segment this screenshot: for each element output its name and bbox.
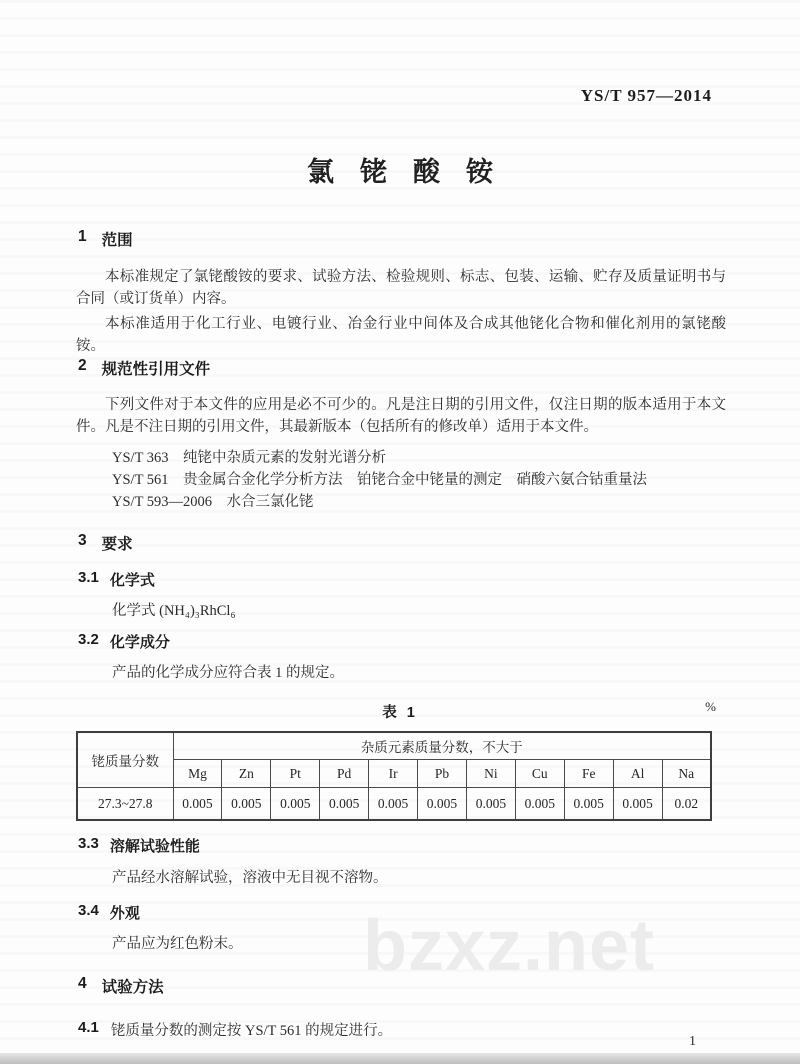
section-1-number: 1 <box>78 228 87 250</box>
table-impurity-group-header: 杂质元素质量分数，不大于 <box>173 732 711 760</box>
clause-4-1-text: 铑质量分数的测定按 YS/T 561 的规定进行。 <box>111 1019 392 1040</box>
table-element-header: Pd <box>320 760 369 788</box>
table-element-header: Na <box>662 760 711 788</box>
section-3-title: 要求 <box>102 532 133 554</box>
section-4-number: 4 <box>78 975 87 997</box>
table-limit-cell: 0.005 <box>222 788 271 821</box>
section-1-heading: 1 范围 <box>78 228 133 250</box>
table-limit-cell: 0.005 <box>613 788 662 821</box>
section-4-heading: 4 试验方法 <box>78 975 164 997</box>
section-4-title: 试验方法 <box>102 975 164 997</box>
section-3-1-title: 化学式 <box>110 569 155 590</box>
table-element-header: Fe <box>564 760 613 788</box>
table-element-header: Pb <box>418 760 467 788</box>
table-rh-range-cell: 27.3~27.8 <box>77 788 173 821</box>
table-limit-cell: 0.005 <box>173 788 222 821</box>
table-limit-cell: 0.005 <box>369 788 418 821</box>
table-1-impurity-limits: 铑质量分数 杂质元素质量分数，不大于 Mg Zn Pt Pd Ir Pb Ni … <box>76 731 712 821</box>
table-1-caption: 表 1 <box>0 701 800 722</box>
table-element-header: Cu <box>515 760 564 788</box>
reference-ys561: YS/T 561 贵金属合金化学分析方法 铂铑合金中铑量的测定 硝酸六氨合钴重量… <box>112 468 647 489</box>
table-element-header: Al <box>613 760 662 788</box>
section-3-2-heading: 3.2 化学成分 <box>78 631 170 652</box>
section-3-1-heading: 3.1 化学式 <box>78 569 155 590</box>
section-1-paragraph-1: 本标准规定了氯铑酸铵的要求、试验方法、检验规则、标志、包装、运输、贮存及质量证明… <box>76 266 726 310</box>
section-3-4-title: 外观 <box>110 902 140 923</box>
table-element-header: Pt <box>271 760 320 788</box>
table-limit-cell: 0.005 <box>320 788 369 821</box>
watermark-text: bzxz.net <box>363 905 655 987</box>
table-element-header: Mg <box>173 760 222 788</box>
table-limit-cell: 0.005 <box>466 788 515 821</box>
document-page: bzxz.net YS/T 957—2014 氯铑酸铵 1 范围 本标准规定了氯… <box>0 0 800 1064</box>
section-3-2-title: 化学成分 <box>110 631 170 652</box>
section-3-2-number: 3.2 <box>78 631 99 652</box>
section-3-2-paragraph: 产品的化学成分应符合表 1 的规定。 <box>112 661 344 682</box>
reference-ys363: YS/T 363 纯铑中杂质元素的发射光谱分析 <box>112 446 386 467</box>
section-3-4-heading: 3.4 外观 <box>78 902 140 923</box>
scan-bottom-edge <box>0 1053 800 1064</box>
table-limit-cell: 0.005 <box>418 788 467 821</box>
section-2-number: 2 <box>78 357 87 379</box>
table-element-header: Zn <box>222 760 271 788</box>
table-limit-cell: 0.005 <box>271 788 320 821</box>
section-3-4-paragraph: 产品应为红色粉末。 <box>112 932 243 953</box>
section-3-4-number: 3.4 <box>78 902 99 923</box>
section-3-3-paragraph: 产品经水溶解试验，溶液中无目视不溶物。 <box>112 866 388 887</box>
page-number: 1 <box>689 1034 696 1050</box>
table-rh-mass-fraction-header: 铑质量分数 <box>77 732 173 788</box>
table-element-header: Ir <box>369 760 418 788</box>
section-2-paragraph: 下列文件对于本文件的应用是必不可少的。凡是注日期的引用文件，仅注日期的版本适用于… <box>76 394 726 438</box>
standard-code: YS/T 957—2014 <box>581 86 712 106</box>
section-3-1-number: 3.1 <box>78 569 99 590</box>
section-1-paragraph-2: 本标准适用于化工行业、电镀行业、冶金行业中间体及合成其他铑化合物和催化剂用的氯铑… <box>76 313 726 357</box>
table-limit-cell: 0.005 <box>564 788 613 821</box>
chemical-formula: 化学式 (NH₄)₃RhCl₆ <box>112 599 236 620</box>
section-2-heading: 2 规范性引用文件 <box>78 357 210 379</box>
section-2-title: 规范性引用文件 <box>102 357 211 379</box>
section-3-number: 3 <box>78 532 87 554</box>
table-1-unit: % <box>705 699 716 715</box>
section-3-3-title: 溶解试验性能 <box>110 835 200 856</box>
reference-ys593: YS/T 593—2006 水合三氯化铑 <box>112 490 314 511</box>
table-limit-cell: 0.02 <box>662 788 711 821</box>
table-limit-cell: 0.005 <box>515 788 564 821</box>
document-title: 氯铑酸铵 <box>0 150 800 189</box>
section-3-3-number: 3.3 <box>78 835 99 856</box>
section-3-heading: 3 要求 <box>78 532 133 554</box>
clause-4-1-number: 4.1 <box>78 1019 99 1040</box>
table-element-header: Ni <box>466 760 515 788</box>
clause-4-1: 4.1 铑质量分数的测定按 YS/T 561 的规定进行。 <box>78 1019 392 1040</box>
section-3-3-heading: 3.3 溶解试验性能 <box>78 835 200 856</box>
section-1-title: 范围 <box>102 228 133 250</box>
